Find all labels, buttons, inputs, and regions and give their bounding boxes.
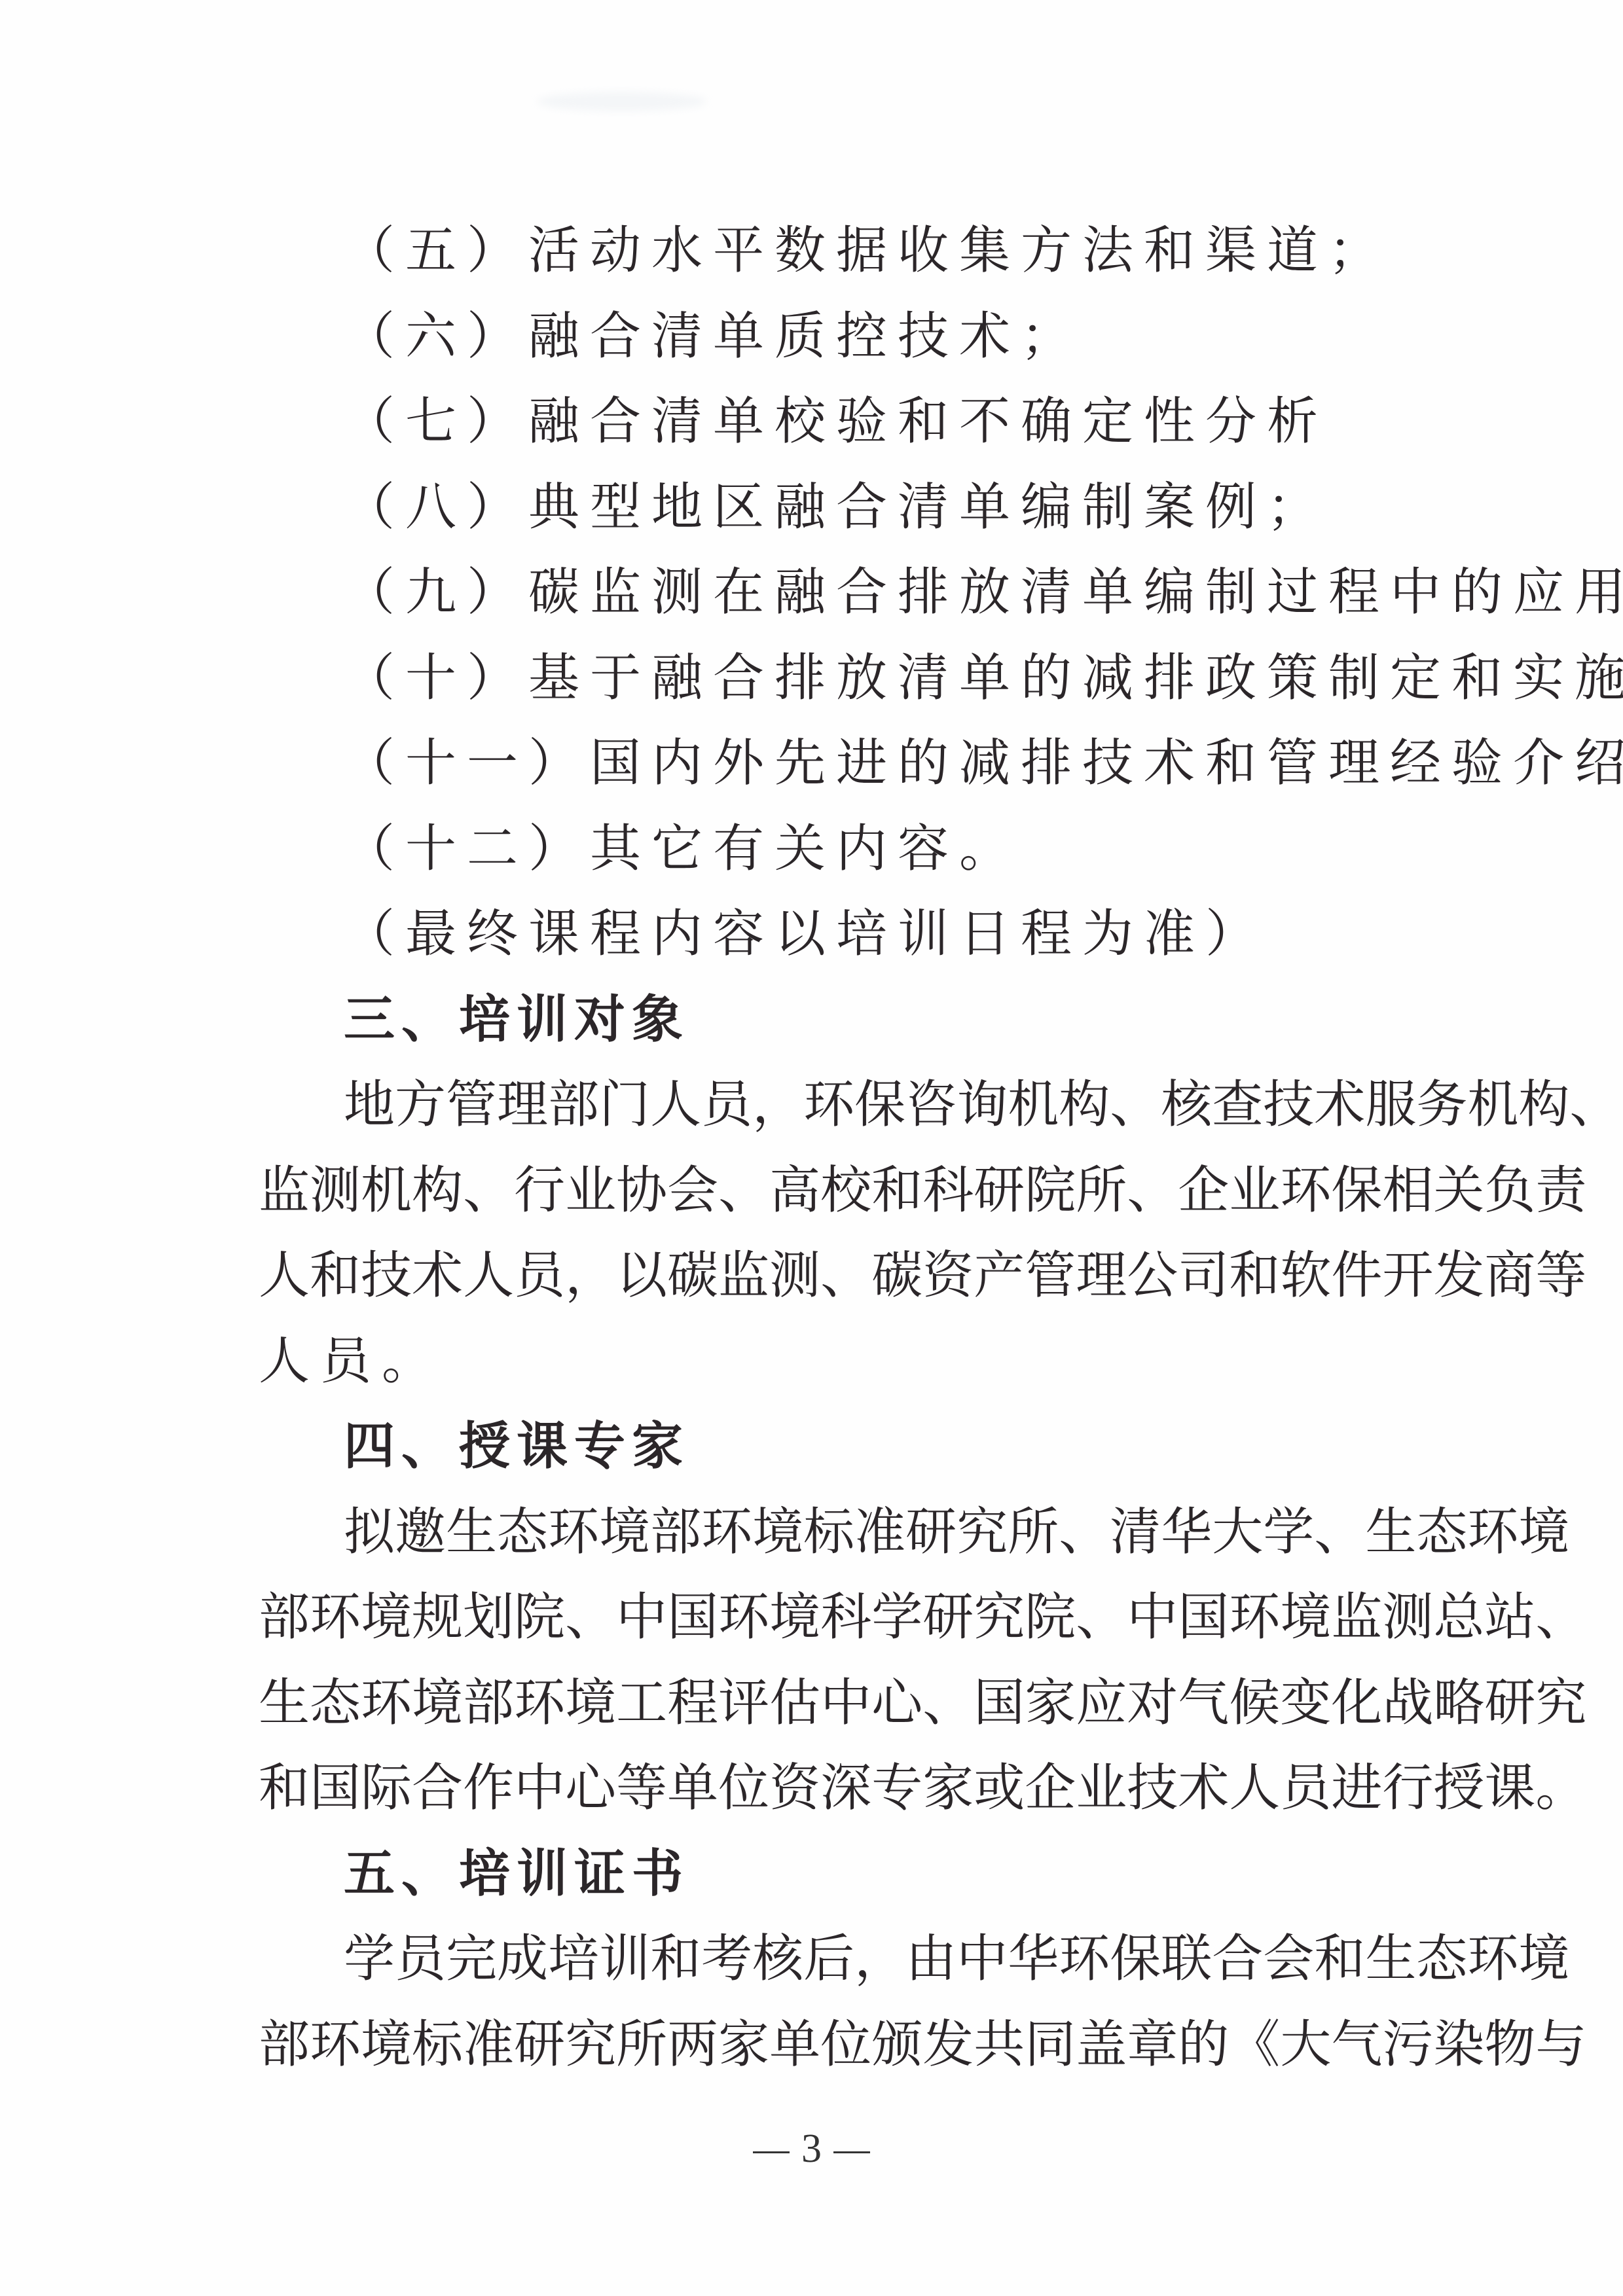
section-training-targets: 三、培训对象 地方管理部门人员，环保咨询机构、核查技术服务机构、 监测机构、行业… (259, 977, 1385, 1405)
section-heading: 四、授课专家 (259, 1404, 1385, 1490)
paragraph-line: 拟邀生态环境部环境标准研究所、清华大学、生态环境 (259, 1490, 1385, 1575)
paragraph-line: 人员。 (259, 1319, 1385, 1405)
page-number-dash-left (753, 2151, 790, 2153)
page-number: 3 (0, 2126, 1623, 2172)
list-item: （十一）国内外先进的减排技术和管理经验介绍； (259, 721, 1385, 806)
list-item: （十）基于融合排放清单的减排政策制定和实施策略； (259, 636, 1385, 721)
paragraph-line: 生态环境部环境工程评估中心、国家应对气候变化战略研究 (259, 1660, 1385, 1746)
section-lecturers: 四、授课专家 拟邀生态环境部环境标准研究所、清华大学、生态环境 部环境规划院、中… (259, 1404, 1385, 1831)
page-number-dash-right (833, 2151, 870, 2153)
section-heading: 五、培训证书 (259, 1831, 1385, 1917)
document-body: （五）活动水平数据收集方法和渠道； （六）融合清单质控技术； （七）融合清单校验… (259, 208, 1385, 2087)
course-content-list: （五）活动水平数据收集方法和渠道； （六）融合清单质控技术； （七）融合清单校验… (259, 208, 1385, 891)
list-item: （五）活动水平数据收集方法和渠道； (259, 208, 1385, 294)
list-item: （十二）其它有关内容。 (259, 806, 1385, 892)
course-note: （最终课程内容以培训日程为准） (259, 891, 1385, 977)
paragraph-line: 地方管理部门人员，环保咨询机构、核查技术服务机构、 (259, 1062, 1385, 1148)
paragraph-line: 部环境标准研究所两家单位颁发共同盖章的《大气污染物与 (259, 2002, 1385, 2088)
section-heading: 三、培训对象 (259, 977, 1385, 1063)
scan-artifact (537, 92, 707, 111)
list-item: （八）典型地区融合清单编制案例； (259, 465, 1385, 550)
list-item: （六）融合清单质控技术； (259, 294, 1385, 380)
paragraph-line: 部环境规划院、中国环境科学研究院、中国环境监测总站、 (259, 1575, 1385, 1660)
list-item: （七）融合清单校验和不确定性分析 (259, 379, 1385, 465)
section-certificate: 五、培训证书 学员完成培训和考核后，由中华环保联合会和生态环境 部环境标准研究所… (259, 1831, 1385, 2088)
list-item: （九）碳监测在融合排放清单编制过程中的应用； (259, 550, 1385, 636)
page-number-value: 3 (801, 2126, 822, 2171)
paragraph-line: 人和技术人员，以碳监测、碳资产管理公司和软件开发商等 (259, 1233, 1385, 1319)
paragraph-line: 监测机构、行业协会、高校和科研院所、企业环保相关负责 (259, 1148, 1385, 1234)
paragraph-line: 学员完成培训和考核后，由中华环保联合会和生态环境 (259, 1916, 1385, 2002)
document-page: （五）活动水平数据收集方法和渠道； （六）融合清单质控技术； （七）融合清单校验… (0, 0, 1623, 2296)
paragraph-line: 和国际合作中心等单位资深专家或企业技术人员进行授课。 (259, 1746, 1385, 1831)
